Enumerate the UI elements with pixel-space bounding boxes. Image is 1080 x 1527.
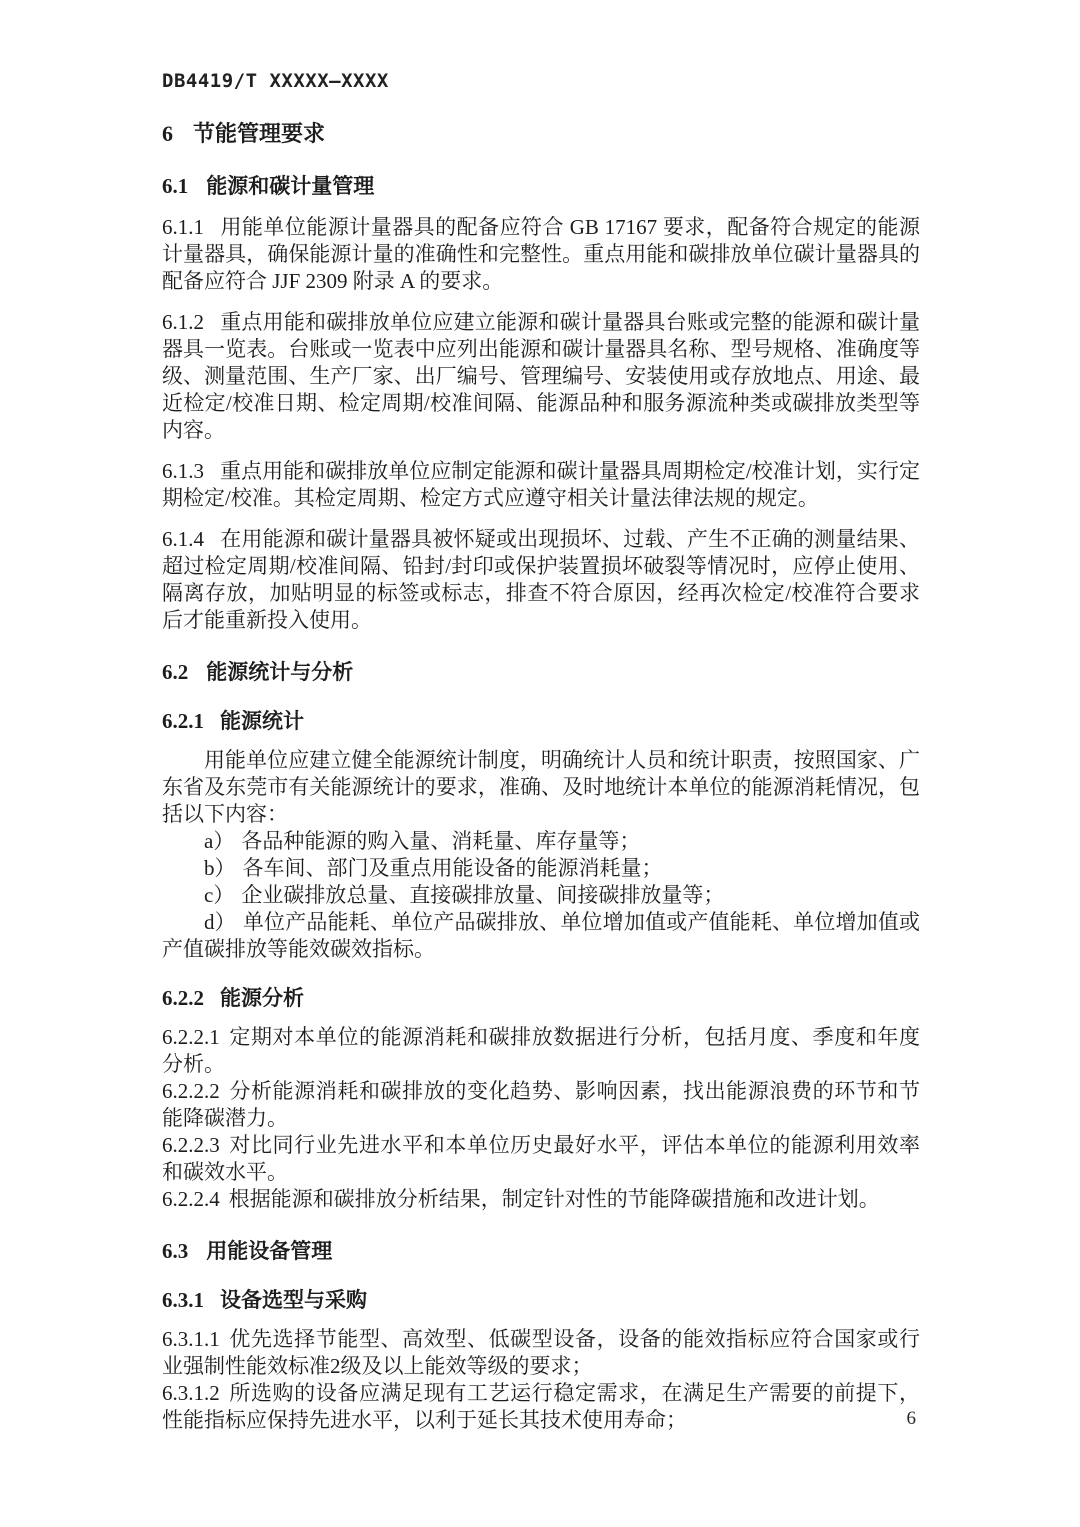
clause-text: 重点用能和碳排放单位应制定能源和碳计量器具周期检定/校准计划，实行定期检定/校准… xyxy=(162,459,920,510)
clause-text: 用能单位能源计量器具的配备应符合 GB 17167 要求，配备符合规定的能源计量… xyxy=(162,215,920,293)
list-marker: d） xyxy=(204,910,236,934)
list-item-a: a）各品种能源的购入量、消耗量、库存量等； xyxy=(162,828,920,855)
doc-code-header: DB4419/T XXXXX—XXXX xyxy=(162,70,920,92)
clause-6-3-1-2: 6.3.1.2所选购的设备应满足现有工艺运行稳定需求，在满足生产需要的前提下，性… xyxy=(162,1380,920,1434)
clause-text: 对比同行业先进水平和本单位历史最好水平，评估本单位的能源利用效率和碳效水平。 xyxy=(162,1133,920,1184)
list-item-c: c）企业碳排放总量、直接碳排放量、间接碳排放量等； xyxy=(162,882,920,909)
clause-number: 6.2.2.4 xyxy=(162,1187,220,1211)
clause-number: 6.2.2.2 xyxy=(162,1079,220,1103)
chapter-number: 6 xyxy=(162,121,173,146)
clause-number: 6.1.3 xyxy=(162,459,204,483)
clause-6-1-2: 6.1.2重点用能和碳排放单位应建立能源和碳计量器具台账或完整的能源和碳计量器具… xyxy=(162,309,920,444)
list-marker: a） xyxy=(204,829,234,853)
subsection-title: 能源分析 xyxy=(220,986,304,1010)
list-item-text: 单位产品能耗、单位产品碳排放、单位增加值或产值能耗、单位增加值或产值碳排放等能效… xyxy=(162,910,920,961)
page-number: 6 xyxy=(907,1408,917,1430)
clause-6-1-1: 6.1.1用能单位能源计量器具的配备应符合 GB 17167 要求，配备符合规定… xyxy=(162,214,920,295)
clause-6-2-2-2: 6.2.2.2分析能源消耗和碳排放的变化趋势、影响因素，找出能源浪费的环节和节能… xyxy=(162,1078,920,1132)
list-item-text: 各品种能源的购入量、消耗量、库存量等； xyxy=(241,829,640,853)
section-heading-6-2: 6.2能源统计与分析 xyxy=(162,658,920,686)
section-title: 能源统计与分析 xyxy=(206,660,353,684)
clause-number: 6.3.1.2 xyxy=(162,1381,220,1405)
clause-number: 6.2.2.3 xyxy=(162,1133,220,1157)
subsection-heading-6-3-1: 6.3.1设备选型与采购 xyxy=(162,1286,920,1314)
clause-6-3-1-1: 6.3.1.1优先选择节能型、高效型、低碳型设备，设备的能效指标应符合国家或行业… xyxy=(162,1326,920,1380)
section-number: 6.3 xyxy=(162,1239,188,1263)
list-item-d: d）单位产品能耗、单位产品碳排放、单位增加值或产值能耗、单位增加值或产值碳排放等… xyxy=(162,909,920,963)
subsection-title: 能源统计 xyxy=(220,709,304,733)
chapter-heading: 6节能管理要求 xyxy=(162,120,920,148)
clause-text: 根据能源和碳排放分析结果，制定针对性的节能降碳措施和改进计划。 xyxy=(229,1187,880,1211)
section-title: 能源和碳计量管理 xyxy=(206,174,374,198)
clause-number: 6.1.4 xyxy=(162,527,204,551)
energy-stats-list: a）各品种能源的购入量、消耗量、库存量等； b）各车间、部门及重点用能设备的能源… xyxy=(162,828,920,963)
clause-text: 分析能源消耗和碳排放的变化趋势、影响因素，找出能源浪费的环节和节能降碳潜力。 xyxy=(162,1079,920,1130)
clause-number: 6.2.2.1 xyxy=(162,1025,220,1049)
section-heading-6-1: 6.1能源和碳计量管理 xyxy=(162,172,920,200)
energy-stats-intro-paragraph: 用能单位应建立健全能源统计制度，明确统计人员和统计职责，按照国家、广东省及东莞市… xyxy=(162,747,920,828)
subsection-number: 6.2.1 xyxy=(162,709,204,733)
clause-number: 6.1.2 xyxy=(162,310,204,334)
list-marker: c） xyxy=(204,883,234,907)
section-heading-6-3: 6.3用能设备管理 xyxy=(162,1237,920,1265)
clause-6-2-2-4: 6.2.2.4根据能源和碳排放分析结果，制定针对性的节能降碳措施和改进计划。 xyxy=(162,1186,920,1213)
section-title: 用能设备管理 xyxy=(206,1239,332,1263)
clause-text: 优先选择节能型、高效型、低碳型设备，设备的能效指标应符合国家或行业强制性能效标准… xyxy=(162,1327,920,1378)
clause-6-2-2-3: 6.2.2.3对比同行业先进水平和本单位历史最好水平，评估本单位的能源利用效率和… xyxy=(162,1132,920,1186)
clause-text: 所选购的设备应满足现有工艺运行稳定需求，在满足生产需要的前提下，性能指标应保持先… xyxy=(162,1381,920,1432)
clause-text: 重点用能和碳排放单位应建立能源和碳计量器具台账或完整的能源和碳计量器具一览表。台… xyxy=(162,310,920,442)
subsection-number: 6.3.1 xyxy=(162,1288,204,1312)
subsection-number: 6.2.2 xyxy=(162,986,204,1010)
list-item-text: 企业碳排放总量、直接碳排放量、间接碳排放量等； xyxy=(241,883,724,907)
clause-6-1-3: 6.1.3重点用能和碳排放单位应制定能源和碳计量器具周期检定/校准计划，实行定期… xyxy=(162,458,920,512)
subsection-title: 设备选型与采购 xyxy=(220,1288,367,1312)
document-page: DB4419/T XXXXX—XXXX 6节能管理要求 6.1能源和碳计量管理 … xyxy=(0,0,1080,1527)
list-marker: b） xyxy=(204,856,236,880)
section-number: 6.2 xyxy=(162,660,188,684)
clause-text: 定期对本单位的能源消耗和碳排放数据进行分析，包括月度、季度和年度分析。 xyxy=(162,1025,920,1076)
subsection-heading-6-2-2: 6.2.2能源分析 xyxy=(162,984,920,1012)
clause-number: 6.3.1.1 xyxy=(162,1327,220,1351)
clause-number: 6.1.1 xyxy=(162,215,204,239)
clause-6-1-4: 6.1.4在用能源和碳计量器具被怀疑或出现损坏、过载、产生不正确的测量结果、超过… xyxy=(162,526,920,634)
clause-6-2-2-1: 6.2.2.1定期对本单位的能源消耗和碳排放数据进行分析，包括月度、季度和年度分… xyxy=(162,1024,920,1078)
chapter-title: 节能管理要求 xyxy=(193,121,325,146)
section-number: 6.1 xyxy=(162,174,188,198)
subsection-heading-6-2-1: 6.2.1能源统计 xyxy=(162,707,920,735)
list-item-b: b）各车间、部门及重点用能设备的能源消耗量； xyxy=(162,855,920,882)
clause-text: 在用能源和碳计量器具被怀疑或出现损坏、过载、产生不正确的测量结果、超过检定周期/… xyxy=(162,527,920,632)
list-item-text: 各车间、部门及重点用能设备的能源消耗量； xyxy=(243,856,663,880)
